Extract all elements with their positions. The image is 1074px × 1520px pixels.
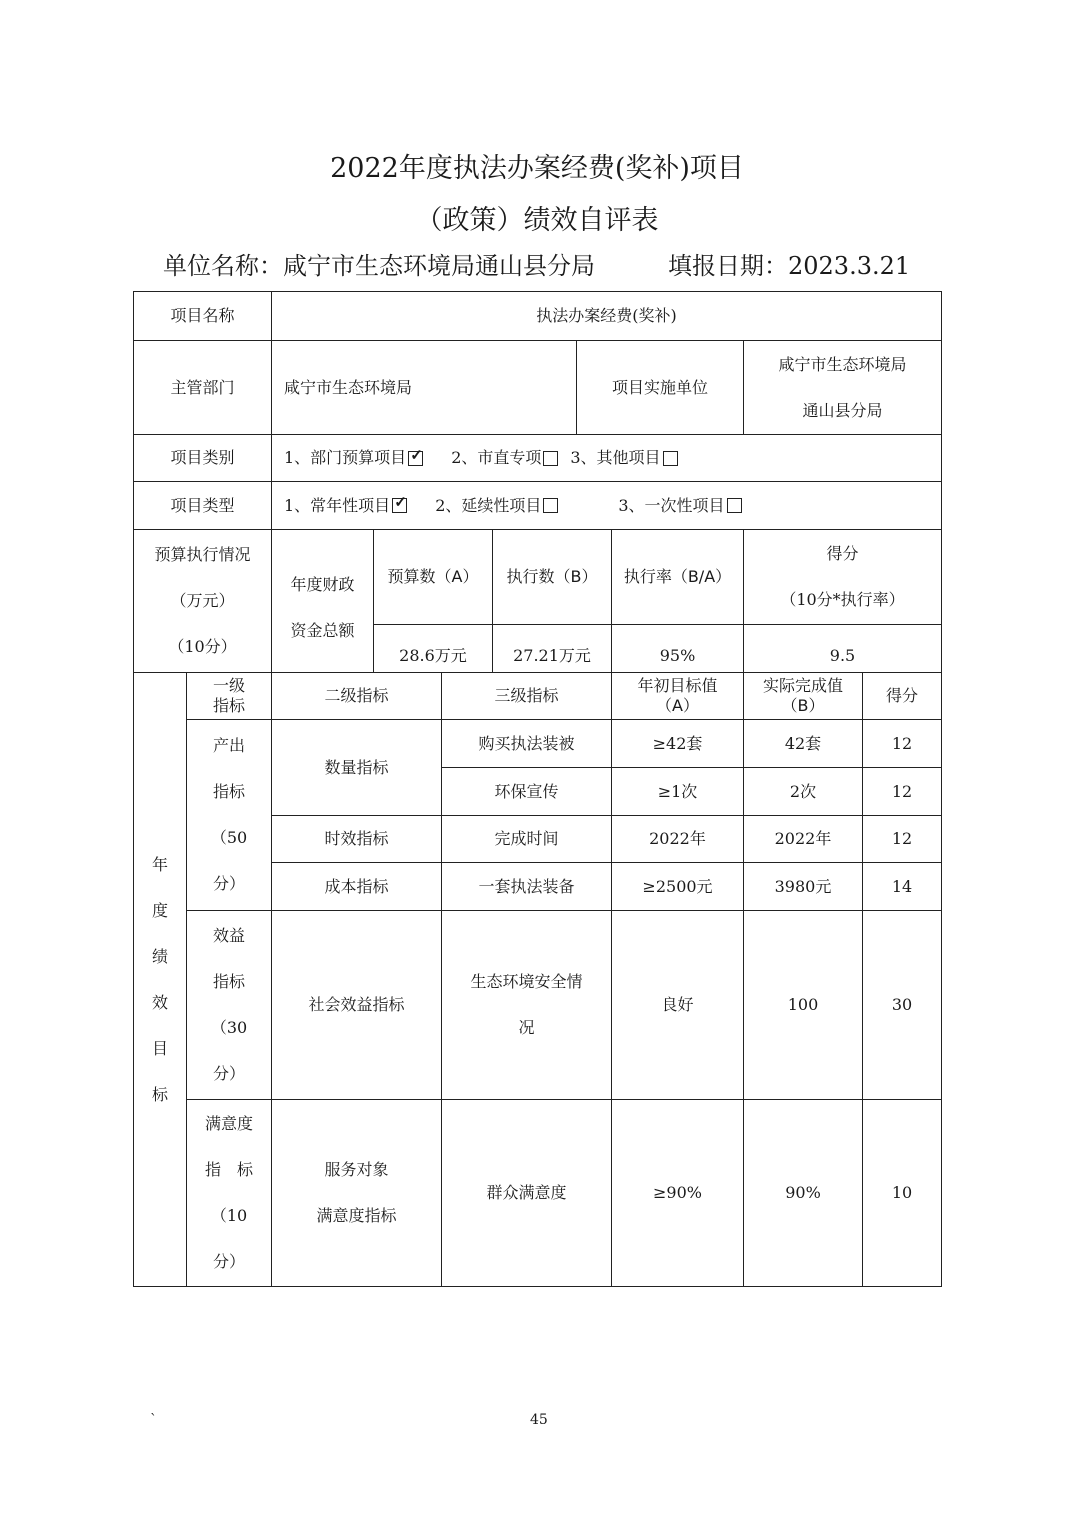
level1-benefit-line: （30 xyxy=(211,1005,247,1051)
row2-score: 12 xyxy=(862,767,941,815)
level1-output: 产出 指标 （50 分） xyxy=(186,719,271,910)
row5-level3-line2: 况 xyxy=(518,1005,534,1051)
checkbox-checked-icon[interactable] xyxy=(408,451,423,466)
level2-service-line1: 服务对象 xyxy=(324,1147,388,1193)
row2-level3: 环保宣传 xyxy=(441,767,611,815)
dept-label: 主管部门 xyxy=(133,340,271,434)
row6-target: ≥90% xyxy=(611,1099,743,1286)
project-name-label: 项目名称 xyxy=(133,291,271,340)
page-number: 45 xyxy=(530,1412,548,1428)
row3-actual: 2022年 xyxy=(743,815,862,862)
header-target-line1: 年初目标值 xyxy=(637,676,717,696)
budget-header-b: 执行数（B） xyxy=(492,529,611,624)
header-actual-line1: 实际完成值 xyxy=(763,676,843,696)
document-title-line2: （政策）绩效自评表 xyxy=(0,198,1074,237)
level2-quantity: 数量指标 xyxy=(271,719,441,815)
unit-name: 单位名称：咸宁市生态环境局通山县分局 xyxy=(163,246,595,281)
document-title-line1: 2022年度执法办案经费(奖补)项目 xyxy=(0,146,1074,185)
row5-score: 30 xyxy=(862,910,941,1099)
row5-level3: 生态环境安全情 况 xyxy=(441,910,611,1099)
table-border-bottom xyxy=(133,1286,942,1287)
type-label: 项目类型 xyxy=(133,481,271,529)
level1-output-line: 分） xyxy=(213,861,245,907)
row4-actual: 3980元 xyxy=(743,862,862,910)
side-char: 度 xyxy=(152,888,168,934)
category-options: 1、部门预算项目 2、市直专项 3、其他项目 xyxy=(271,434,941,481)
level1-output-line: （50 xyxy=(211,815,247,861)
budget-label-line3: （10分） xyxy=(168,624,236,670)
budget-label-line1: 预算执行情况 xyxy=(154,532,250,578)
level1-benefit-line: 分） xyxy=(213,1051,245,1097)
budget-value-rate: 95% xyxy=(611,624,743,672)
type-options: 1、常年性项目 2、延续性项目 3、一次性项目 xyxy=(271,481,941,529)
row5-actual: 100 xyxy=(743,910,862,1099)
level1-output-line: 指标 xyxy=(213,769,245,815)
side-char: 年 xyxy=(152,842,168,888)
row1-level3: 购买执法装被 xyxy=(441,719,611,767)
level1-satisfaction-line: 分） xyxy=(213,1239,245,1285)
budget-value-b: 27.21万元 xyxy=(492,624,611,672)
row1-score: 12 xyxy=(862,719,941,767)
header-target: 年初目标值 （A） xyxy=(611,672,743,719)
category-option-3: 3、其他项目 xyxy=(570,448,660,467)
header-level3: 三级指标 xyxy=(441,672,611,719)
impl-unit-line1: 咸宁市生态环境局 xyxy=(778,342,906,388)
level1-benefit-line: 效益 xyxy=(213,913,245,959)
annual-fund-total-label: 年度财政 资金总额 xyxy=(271,529,373,672)
level2-service-satisfaction: 服务对象 满意度指标 xyxy=(271,1099,441,1286)
budget-header-score: 得分 （10分*执行率） xyxy=(743,529,941,624)
checkbox-empty-icon[interactable] xyxy=(663,451,678,466)
row3-target: 2022年 xyxy=(611,815,743,862)
side-char: 绩 xyxy=(152,934,168,980)
budget-value-a: 28.6万元 xyxy=(373,624,492,672)
level1-output-line: 产出 xyxy=(213,723,245,769)
annual-fund-line1: 年度财政 xyxy=(290,562,354,608)
side-char: 标 xyxy=(152,1072,168,1118)
budget-value-score: 9.5 xyxy=(743,624,941,672)
side-char: 效 xyxy=(152,980,168,1026)
row3-score: 12 xyxy=(862,815,941,862)
score-header-line1: 得分 xyxy=(826,531,858,577)
row5-level3-line1: 生态环境安全情 xyxy=(470,959,582,1005)
header-level1-line2: 指标 xyxy=(213,696,245,716)
category-label: 项目类别 xyxy=(133,434,271,481)
type-option-3: 3、一次性项目 xyxy=(618,496,724,515)
category-option-1: 1、部门预算项目 xyxy=(284,448,406,467)
row6-level3: 群众满意度 xyxy=(441,1099,611,1286)
budget-header-a: 预算数（A） xyxy=(373,529,492,624)
header-level1-line1: 一级 xyxy=(213,676,245,696)
budget-label-line2: （万元） xyxy=(170,578,234,624)
level2-social-benefit: 社会效益指标 xyxy=(271,910,441,1099)
score-header-line2: （10分*执行率） xyxy=(780,577,904,623)
dept-value: 咸宁市生态环境局 xyxy=(271,340,576,434)
level1-satisfaction-line: 满意度 xyxy=(205,1101,253,1147)
project-name-value: 执法办案经费(奖补) xyxy=(271,291,941,340)
annual-performance-goal-label: 年 度 绩 效 目 标 xyxy=(133,672,186,1286)
row4-score: 14 xyxy=(862,862,941,910)
header-actual-line2: （B） xyxy=(782,696,825,716)
header-actual: 实际完成值 （B） xyxy=(743,672,862,719)
row6-actual: 90% xyxy=(743,1099,862,1286)
header-level2: 二级指标 xyxy=(271,672,441,719)
impl-unit-value: 咸宁市生态环境局 通山县分局 xyxy=(743,340,941,434)
checkbox-checked-icon[interactable] xyxy=(392,498,407,513)
budget-label: 预算执行情况 （万元） （10分） xyxy=(133,529,271,672)
checkbox-empty-icon[interactable] xyxy=(543,498,558,513)
checkbox-empty-icon[interactable] xyxy=(727,498,742,513)
annual-fund-line2: 资金总额 xyxy=(290,608,354,654)
level1-benefit: 效益 指标 （30 分） xyxy=(186,910,271,1099)
report-date: 填报日期：2023.3.21 xyxy=(668,246,910,281)
level1-satisfaction-line: 指 标 xyxy=(205,1147,253,1193)
header-target-line2: （A） xyxy=(656,696,699,716)
type-option-2: 2、延续性项目 xyxy=(435,496,541,515)
level2-cost: 成本指标 xyxy=(271,862,441,910)
row4-level3: 一套执法装备 xyxy=(441,862,611,910)
level1-benefit-line: 指标 xyxy=(213,959,245,1005)
side-char: 目 xyxy=(152,1026,168,1072)
row4-target: ≥2500元 xyxy=(611,862,743,910)
row2-target: ≥1次 xyxy=(611,767,743,815)
row1-target: ≥42套 xyxy=(611,719,743,767)
impl-unit-label: 项目实施单位 xyxy=(576,340,743,434)
table-border-right xyxy=(941,291,942,1287)
level2-service-line2: 满意度指标 xyxy=(316,1193,396,1239)
category-option-2: 2、市直专项 xyxy=(451,448,541,467)
impl-unit-line2: 通山县分局 xyxy=(802,388,882,434)
header-score: 得分 xyxy=(862,672,941,719)
row3-level3: 完成时间 xyxy=(441,815,611,862)
row2-actual: 2次 xyxy=(743,767,862,815)
row6-score: 10 xyxy=(862,1099,941,1286)
row5-target: 良好 xyxy=(611,910,743,1099)
page-mark: ` xyxy=(150,1412,157,1428)
level2-timeliness: 时效指标 xyxy=(271,815,441,862)
row1-actual: 42套 xyxy=(743,719,862,767)
type-option-1: 1、常年性项目 xyxy=(284,496,390,515)
level1-satisfaction: 满意度 指 标 （10 分） xyxy=(186,1099,271,1286)
checkbox-empty-icon[interactable] xyxy=(543,451,558,466)
budget-header-rate: 执行率（B/A） xyxy=(611,529,743,624)
header-level1: 一级 指标 xyxy=(186,672,271,719)
level1-satisfaction-line: （10 xyxy=(211,1193,247,1239)
